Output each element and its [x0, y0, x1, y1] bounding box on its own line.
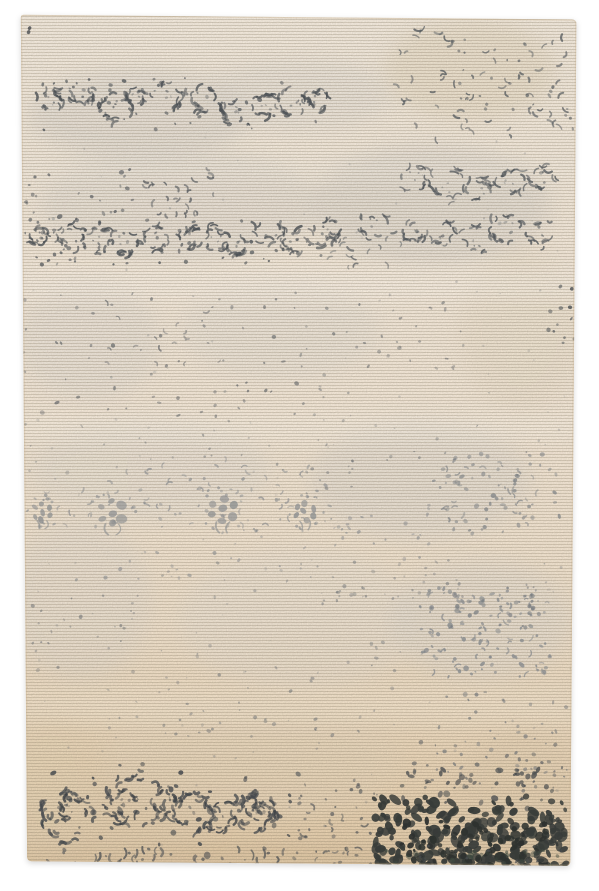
rug-product-photo	[0, 0, 599, 891]
rug-image	[0, 0, 599, 891]
